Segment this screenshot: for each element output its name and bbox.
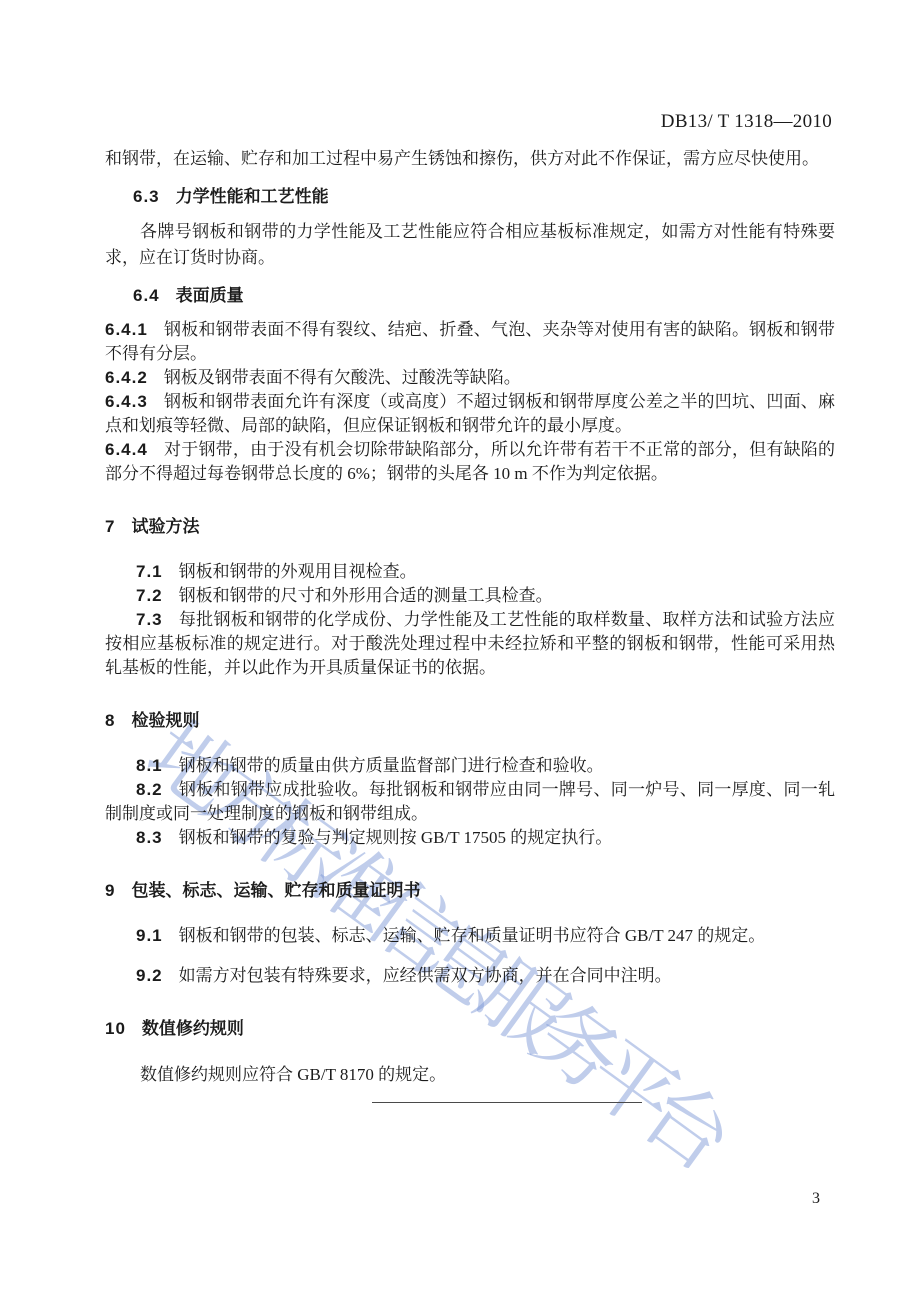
clause-number: 6.4.1 — [105, 320, 148, 339]
section-number: 9 — [105, 881, 115, 900]
clause-number: 6.4.2 — [105, 368, 148, 387]
clause-8.1: 8.1钢板和钢带的质量由供方质量监督部门进行检查和验收。 — [105, 754, 835, 778]
clause-number: 8.3 — [136, 828, 163, 847]
clause-number: 7.2 — [136, 586, 163, 605]
section-heading-6.3: 6.3力学性能和工艺性能 — [133, 184, 835, 210]
clause-8.2: 8.2钢板和钢带应成批验收。每批钢板和钢带应由同一牌号、同一炉号、同一厚度、同一… — [105, 778, 835, 826]
clause-number: 9.1 — [136, 926, 163, 945]
standard-number-header: DB13/ T 1318—2010 — [661, 111, 832, 133]
page-number: 3 — [812, 1190, 820, 1208]
section-heading-8: 8检验规则 — [105, 708, 835, 734]
clause-number: 7.3 — [136, 610, 163, 629]
clause-6.4.2: 6.4.2钢板及钢带表面不得有欠酸洗、过酸洗等缺陷。 — [105, 366, 835, 390]
section-title: 表面质量 — [176, 286, 244, 305]
section-number: 6.3 — [133, 187, 160, 206]
clause-number: 8.1 — [136, 756, 163, 775]
section-number: 8 — [105, 711, 115, 730]
section-number: 6.4 — [133, 286, 160, 305]
clause-number: 9.2 — [136, 966, 163, 985]
section-title: 试验方法 — [131, 517, 199, 536]
clause-9.1: 9.1钢板和钢带的包装、标志、运输、贮存和质量证明书应符合 GB/T 247 的… — [105, 924, 835, 948]
document-content: 和钢带，在运输、贮存和加工过程中易产生锈蚀和擦伤，供方对此不作保证，需方应尽快使… — [105, 146, 835, 1103]
clause-number: 8.2 — [136, 780, 163, 799]
section-heading-7: 7试验方法 — [105, 514, 835, 540]
section-heading-6.4: 6.4表面质量 — [133, 283, 835, 309]
section-heading-9: 9包装、标志、运输、贮存和质量证明书 — [105, 878, 835, 904]
clause-number: 6.4.4 — [105, 440, 148, 459]
clause-7.1: 7.1钢板和钢带的外观用目视检查。 — [105, 560, 835, 584]
clause-6.4.3: 6.4.3钢板和钢带表面允许有深度（或高度）不超过钢板和钢带厚度公差之半的凹坑、… — [105, 390, 835, 438]
clause-6.4.1: 6.4.1钢板和钢带表面不得有裂纹、结疤、折叠、气泡、夹杂等对使用有害的缺陷。钢… — [105, 318, 835, 366]
clause-7.2: 7.2钢板和钢带的尺寸和外形用合适的测量工具检查。 — [105, 584, 835, 608]
section-number: 7 — [105, 517, 115, 536]
section-title: 检验规则 — [131, 711, 199, 730]
section-number: 10 — [105, 1019, 126, 1038]
section-title: 数值修约规则 — [142, 1019, 244, 1038]
section-heading-10: 10数值修约规则 — [105, 1016, 835, 1042]
clause-9.2: 9.2如需方对包装有特殊要求，应经供需双方协商，并在合同中注明。 — [105, 964, 835, 988]
paragraph: 各牌号钢板和钢带的力学性能及工艺性能应符合相应基板标准规定，如需方对性能有特殊要… — [105, 219, 835, 271]
clause-number: 6.4.3 — [105, 392, 148, 411]
paragraph: 数值修约规则应符合 GB/T 8170 的规定。 — [105, 1062, 835, 1088]
document-page: 地方标准信息服务平台 DB13/ T 1318—2010 和钢带，在运输、贮存和… — [0, 0, 920, 1302]
end-of-document-divider — [372, 1102, 642, 1103]
paragraph: 和钢带，在运输、贮存和加工过程中易产生锈蚀和擦伤，供方对此不作保证，需方应尽快使… — [105, 146, 835, 172]
section-title: 包装、标志、运输、贮存和质量证明书 — [131, 881, 420, 900]
clause-number: 7.1 — [136, 562, 163, 581]
clause-8.3: 8.3钢板和钢带的复验与判定规则按 GB/T 17505 的规定执行。 — [105, 826, 835, 850]
clause-7.3: 7.3每批钢板和钢带的化学成份、力学性能及工艺性能的取样数量、取样方法和试验方法… — [105, 608, 835, 680]
section-title: 力学性能和工艺性能 — [176, 187, 329, 206]
clause-6.4.4: 6.4.4对于钢带，由于没有机会切除带缺陷部分，所以允许带有若干不正常的部分，但… — [105, 438, 835, 486]
